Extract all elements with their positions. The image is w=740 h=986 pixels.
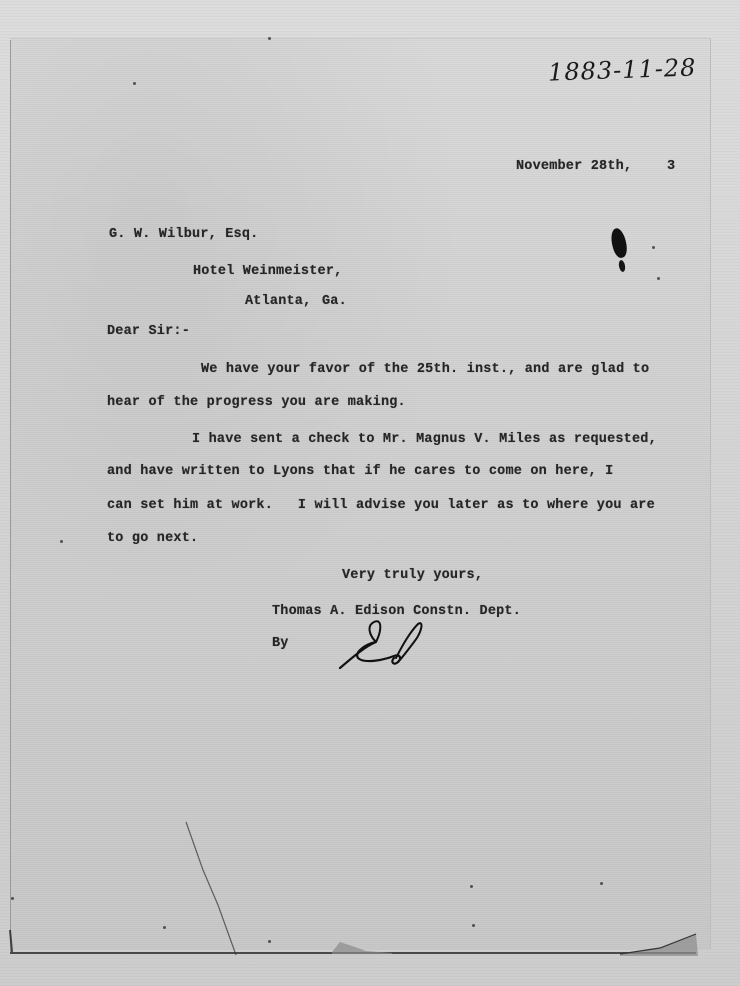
body-line-6: to go next. xyxy=(107,531,198,546)
by-label: By xyxy=(272,636,289,651)
salutation: Dear Sir:- xyxy=(107,324,190,339)
body-line-4: and have written to Lyons that if he car… xyxy=(107,464,613,479)
paper-left-edge xyxy=(10,40,11,952)
speck xyxy=(11,897,14,900)
recipient-name: G. W. Wilbur, Esq. xyxy=(109,227,258,242)
speck xyxy=(268,940,271,943)
speck xyxy=(133,82,136,85)
recipient-address: Hotel Weinmeister, xyxy=(193,264,342,279)
recipient-city: Atlanta, xyxy=(245,294,311,309)
speck xyxy=(268,37,271,40)
speck xyxy=(163,926,166,929)
handwritten-signature-icon xyxy=(336,618,432,674)
speck xyxy=(470,885,473,888)
sender-name: Thomas A. Edison Constn. Dept. xyxy=(272,604,521,619)
torn-edge-left xyxy=(332,940,392,954)
torn-edge-right xyxy=(620,932,698,956)
speck xyxy=(652,246,655,249)
body-line-5: can set him at work. I will advise you l… xyxy=(107,498,655,513)
date-line-suffix: 3 xyxy=(667,159,675,174)
body-line-3: I have sent a check to Mr. Magnus V. Mil… xyxy=(192,432,657,447)
letter-page xyxy=(10,38,711,949)
recipient-state: Ga. xyxy=(322,294,347,309)
date-line: November 28th, xyxy=(516,159,632,174)
speck xyxy=(657,277,660,280)
closing: Very truly yours, xyxy=(342,568,483,583)
speck xyxy=(472,924,475,927)
body-line-1: We have your favor of the 25th. inst., a… xyxy=(201,362,649,377)
body-line-2: hear of the progress you are making. xyxy=(107,395,406,410)
speck xyxy=(600,882,603,885)
archive-date-annotation: 1883-11-28 xyxy=(548,53,697,86)
speck xyxy=(60,540,63,543)
